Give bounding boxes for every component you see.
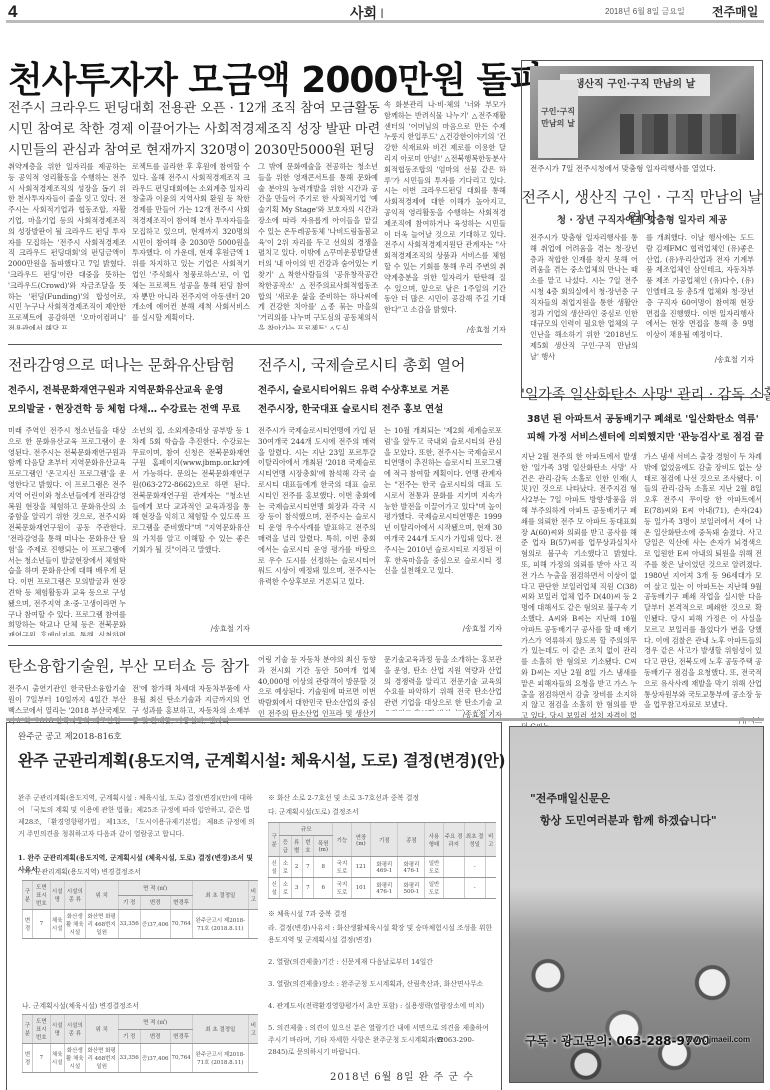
th: 시설의 종 류 bbox=[64, 881, 85, 910]
change-reason: 라. 결정(변경)사유서 : 화산생활체육시설 확장 및 승마체험시설 조성을 … bbox=[268, 922, 494, 946]
td: 체육 시설 bbox=[50, 1044, 64, 1073]
td: 33,356 bbox=[118, 1044, 140, 1073]
th: 변경 bbox=[140, 895, 170, 910]
gas-subhead-2: 피해 가정 서비스센터에 의뢰했지만 '관능검사'로 점검 끝 bbox=[527, 428, 764, 447]
th: 도면 표시번호 bbox=[33, 1015, 51, 1044]
th: 구분 bbox=[23, 1015, 33, 1044]
td: 소로 bbox=[280, 878, 291, 899]
td: 신설 bbox=[269, 878, 280, 899]
td: 화평리 500-1 bbox=[398, 878, 425, 899]
th: 비고 bbox=[485, 823, 496, 857]
section-divider bbox=[8, 344, 502, 345]
job-fair-byline: /송효철 기자 bbox=[646, 355, 754, 365]
job-fair-photo: 생산직 구인·구직 만남의 날 구인·구직 만남의 날 bbox=[530, 66, 754, 160]
td: 국지 도로 bbox=[333, 857, 351, 878]
td: 화산면 화평리 468번지 일원 bbox=[85, 910, 118, 939]
main-subhead: 전주시 크라우드 펀딩대회 전용관 오픈 · 12개 조직 참여 모금활동 bbox=[8, 98, 380, 119]
th: 사용 형태 bbox=[425, 823, 443, 857]
heritage-subhead-2: 모의발굴 · 현장견학 등 체험 다채… 수강료는 전액 무료 bbox=[8, 400, 240, 419]
th: 기 정 bbox=[118, 895, 140, 910]
td bbox=[248, 1044, 258, 1073]
slowcity-column-1: 전주시가 국제슬로시티연맹에 가입 된 30여개국 244개 도시에 전주의 매… bbox=[258, 426, 376, 636]
ad-quote-line-2: 항상 도민여러분과 함께 하겠습니다" bbox=[540, 812, 717, 828]
main-column-4: 속 화분관리 나·비·체의 '너와 부모가 함께하는 반려식물 나누기' △전주… bbox=[384, 100, 506, 325]
td bbox=[443, 857, 464, 878]
section-mark: I bbox=[380, 5, 384, 21]
photo-stand: 구인·구직 만남의 날 bbox=[538, 80, 578, 158]
slowcity-subhead-2: 전주시장, 한국대표 슬로시티 전주 홍보 연설 bbox=[258, 400, 443, 419]
notice-intro: 완주 군관리계획(용도지역, 군계획시설 : 체육시설, 도로) 결정(변경)(… bbox=[18, 792, 258, 840]
header-divider bbox=[6, 20, 764, 23]
td: 7 bbox=[33, 910, 51, 939]
photo-banner: 생산직 구인·구직 만남의 날 bbox=[560, 74, 710, 96]
photo-people bbox=[620, 114, 740, 154]
notice-number: 완주군 공고 제2018-816호 bbox=[18, 730, 122, 742]
table-row: 변경 7 체육 시설 화산생활 체육시설 화산면 화평리 468번지 일원 33… bbox=[23, 1044, 259, 1073]
td: 체육 시설 bbox=[50, 910, 64, 939]
main-subhead: 시민들의 관심과 참여로 현재까지 320명이 2030만5000원 펀딩 bbox=[8, 140, 380, 161]
th: 구분 bbox=[23, 881, 33, 910]
th: 도면 표시번호 bbox=[33, 881, 51, 910]
td: 화평리 476-1 bbox=[398, 857, 425, 878]
th: 종점 bbox=[398, 823, 425, 857]
th: 등급 bbox=[280, 836, 291, 857]
section-divider bbox=[8, 645, 502, 646]
gas-headline: '일가족 일산화탄소 사망' 관리 · 감독 소홀 탓 bbox=[521, 384, 770, 404]
slowcity-headline: 전주시, 국제슬로시티 총회 열어 bbox=[258, 354, 465, 375]
main-column-2: 로젝트를 골라한 후 후원에 참여할 수 있다. 올해 전주시 사회적경제조직 … bbox=[132, 162, 250, 330]
main-subhead: 시민 참여로 착한 경제 이끌어가는 사회적경제조직 성장 발판 마련 bbox=[8, 119, 380, 140]
section-name: 사회 bbox=[350, 5, 377, 21]
th: 최 초 결정일 bbox=[192, 881, 248, 910]
paper-name: 전주매일 bbox=[712, 3, 758, 20]
td: 화평리 469-1 bbox=[371, 857, 398, 878]
td bbox=[485, 857, 496, 878]
table-row: 신설 소로 3 7 6 국지 도로 101 화평리 476-1 화평리 500-… bbox=[269, 878, 497, 899]
heritage-column-1: 미래 주역인 전주시 청소년들을 대상으로 한 문화유산교육 프로그램이 운영된… bbox=[8, 426, 126, 636]
th: 변경후 bbox=[170, 895, 192, 910]
road-note: ※ 화산 소로 2-7호선 및 소로 3-7호선과 중복 결정 bbox=[268, 792, 494, 804]
gas-column-1: 지난 2월 전주의 한 아파트에서 발생한 '일가족 3명 일산화탄소 사망' … bbox=[521, 452, 637, 740]
job-fair-column-2: 를 개최했다. 이날 행사에는 도드람 김제FMC 협력업체인 (유)좋은산업,… bbox=[646, 233, 754, 355]
td bbox=[485, 878, 496, 899]
td: 변경 bbox=[23, 910, 33, 939]
job-fair-subhead: 청 · 장년 구직자에게 맞춤형 일자리 제공 bbox=[521, 212, 763, 226]
td bbox=[248, 910, 258, 939]
main-headline: 천사투자자 모금액 2000만원 돌파 bbox=[8, 52, 544, 103]
th: 규모 bbox=[280, 823, 333, 836]
td: 화산생활 체육시설 bbox=[64, 1044, 85, 1073]
road-title: 다. 군계획시설(도로) 결정조서 bbox=[268, 806, 494, 818]
notice-item-5: 5. 의견제출 : 의견이 있으신 분은 열람기간 내에 서면으로 의견을 제출… bbox=[268, 1022, 494, 1058]
td: 7 bbox=[302, 857, 313, 878]
td: 화산면 화평리 468번지 일원 bbox=[85, 1044, 118, 1073]
td: 화산생활 체육시설 bbox=[64, 910, 85, 939]
main-column-3: 그 밖에 문화예술을 전공하는 청소년들을 위한 영재콘서트를 통해 문화예술 … bbox=[258, 162, 378, 330]
table-row: 변경 7 체육 시설 화산생활 체육시설 화산면 화평리 468번지 일원 33… bbox=[23, 910, 259, 939]
sports-facility-table: 구분 도면 표시번호 시설명 시설의 종 류 위 치 면 적 (㎡) 최 초 결… bbox=[22, 1014, 258, 1073]
td: 7 bbox=[33, 1044, 51, 1073]
th: 기점 bbox=[371, 823, 398, 857]
td: 소로 bbox=[280, 857, 291, 878]
photo-caption: 전주시가 7일 전주시청에서 맞춤형 일자리행사를 열었다. bbox=[530, 163, 716, 174]
issue-date: 2018년 6월 8일 금요일 bbox=[605, 6, 685, 17]
td: 7 bbox=[302, 878, 313, 899]
th: 비고 bbox=[248, 881, 258, 910]
th: 최 초 결정일 bbox=[192, 1015, 248, 1044]
td: 일반 도로 bbox=[425, 878, 443, 899]
th: 비고 bbox=[248, 1015, 258, 1044]
th: 변경 bbox=[140, 1029, 170, 1044]
carbon-column-4: 문기술교육과정 등을 소개하는 홍보관을 운영, 탄소 산업 지원 역량과 산업… bbox=[384, 655, 502, 711]
th: 주요 경과지 bbox=[443, 823, 464, 857]
td: 완주군고시 제2018-71호 (2018.8.11) bbox=[192, 910, 248, 939]
job-fair-column-1: 전주시가 맞춤형 일자리행사를 통해 취업에 어려움을 겪는 청·장년층과 적합… bbox=[530, 233, 638, 363]
td: 증)37,406 bbox=[140, 1044, 170, 1073]
th: 시설명 bbox=[50, 881, 64, 910]
td: 70,764 bbox=[170, 910, 192, 939]
td: 증)37,406 bbox=[140, 910, 170, 939]
td bbox=[443, 878, 464, 899]
th: 최초 결정일 bbox=[464, 823, 485, 857]
road-table: 구분 규모 기능 연장 (m) 기점 종점 사용 형태 주요 경과지 최초 결정… bbox=[268, 822, 496, 899]
th: 변경후 bbox=[170, 1029, 192, 1044]
page-number: 4 bbox=[8, 2, 17, 22]
td: 변경 bbox=[23, 1044, 33, 1073]
main-column-1: 취약계층을 위한 일자리를 제공하는 등 공익적 영리활동을 수행하는 전주시 … bbox=[8, 162, 126, 330]
td: 화평리 476-1 bbox=[371, 878, 398, 899]
heritage-column-2: 소년의 집, 소외계층대상 공부방 등 1차례 5회 학습을 추진한다. 수강료… bbox=[132, 426, 250, 622]
th: 번호 bbox=[302, 836, 313, 857]
ad-quote-line-1: "전주매일신문은 bbox=[530, 790, 610, 806]
notice-item-4: 4. 관계도서(전략환경영향평가서 초안 포함) : 실용생략(열람장소에 비치… bbox=[268, 1000, 494, 1012]
notice-item-3: 3. 열람(의견제출)장소 : 완주군청 도시계획과, 산림축산과, 화산면사무… bbox=[268, 978, 494, 990]
th: 연장 (m) bbox=[351, 823, 371, 857]
td: - bbox=[464, 857, 485, 878]
carbon-headline: 탄소융합기술원, 부산 모터쇼 등 참가 bbox=[8, 655, 249, 676]
slowcity-subhead-1: 전주시, 슬로시티어워드 유력 수상후보로 거론 bbox=[258, 381, 449, 400]
notice-section-1a: 가. 군관리계획(용도지역) 변경결정조서 bbox=[24, 866, 254, 878]
th: 폭원 (m) bbox=[314, 836, 333, 857]
td: 국지 도로 bbox=[333, 878, 351, 899]
notice-section-1b: 나. 군계획시설(체육시설) 변경결정조서 bbox=[22, 1000, 252, 1012]
heritage-byline: /송효철 기자 bbox=[132, 624, 250, 634]
td: - bbox=[464, 878, 485, 899]
ad-contact: 구독 · 광고문의: 063-288-9700 bbox=[525, 1032, 710, 1049]
td: 6 bbox=[314, 878, 333, 899]
heritage-subhead-1: 전주시, 전북문화재연구원과 지역문화유산교육 운영 bbox=[8, 381, 223, 400]
th: 기능 bbox=[333, 823, 351, 857]
td: 70,764 bbox=[170, 1044, 192, 1073]
carbon-column-3: 어링 기술 등 자동차 분야의 최신 동향과 전시회 기간 동안 50여개 업체… bbox=[258, 655, 376, 721]
ad-divider bbox=[6, 718, 764, 721]
th: 위 치 bbox=[85, 881, 118, 910]
th: 시설명 bbox=[50, 1015, 64, 1044]
heritage-headline: 전라감영으로 떠나는 문화유산탐험 bbox=[8, 354, 235, 375]
th: 면 적 (㎡) bbox=[118, 1015, 192, 1030]
ad-url[interactable]: www.jjmaeil.com bbox=[686, 1035, 750, 1044]
main-subheads: 전주시 크라우드 펀딩대회 전용관 오픈 · 12개 조직 참여 모금활동 시민… bbox=[8, 98, 380, 161]
main-byline: /송효철 기자 bbox=[384, 325, 506, 335]
td: 121 bbox=[351, 857, 371, 878]
gas-subhead-1: 38년 된 아파트서 공동배기구 폐쇄로 '일산화탄소 역류' bbox=[527, 410, 759, 429]
gas-column-2: 가스 냄새 서비스 출장 경험이 두 차례밖에 없었음에도 감출 장비도 없는 … bbox=[644, 452, 762, 724]
td: 2 bbox=[291, 857, 302, 878]
th: 위 치 bbox=[85, 1015, 118, 1044]
td: 101 bbox=[351, 878, 371, 899]
td: 일반 도로 bbox=[425, 857, 443, 878]
slowcity-column-2: 는 10월 개최되는 '제2회 세계슬로포럼'을 앞두고 국내외 슬로시티의 관… bbox=[384, 426, 502, 622]
notice-item-2: 2. 열람(의견제출)기간 : 신문게재 다음날로부터 14일간 bbox=[268, 956, 494, 968]
slowcity-byline: /송효철 기자 bbox=[384, 624, 502, 634]
td: 8 bbox=[314, 857, 333, 878]
td: 3 bbox=[291, 878, 302, 899]
th: 구분 bbox=[269, 823, 280, 857]
sports-note: ※ 체육시설 7과 중복 결정 bbox=[268, 908, 494, 920]
td: 신설 bbox=[269, 857, 280, 878]
th: 기 정 bbox=[118, 1029, 140, 1044]
th: 시설의 종 류 bbox=[64, 1015, 85, 1044]
notice-signature: 2018년 6월 8일 완 주 군 수 bbox=[330, 1068, 474, 1083]
th: 류별 bbox=[291, 836, 302, 857]
zoning-table: 구분 도면 표시번호 시설명 시설의 종 류 위 치 면 적 (㎡) 최 초 결… bbox=[22, 880, 258, 939]
th: 면 적 (㎡) bbox=[118, 881, 192, 896]
table-row: 신설 소로 2 7 8 국지 도로 121 화평리 469-1 화평리 476-… bbox=[269, 857, 497, 878]
subscription-ad bbox=[509, 726, 764, 1083]
notice-title: 완주 군관리계획(용도지역, 군계획시설: 체육시설, 도로) 결정(변경)(안… bbox=[18, 748, 570, 771]
td: 33,356 bbox=[118, 910, 140, 939]
td: 완주군고시 제2018-71호 (2018.8.11) bbox=[192, 1044, 248, 1073]
